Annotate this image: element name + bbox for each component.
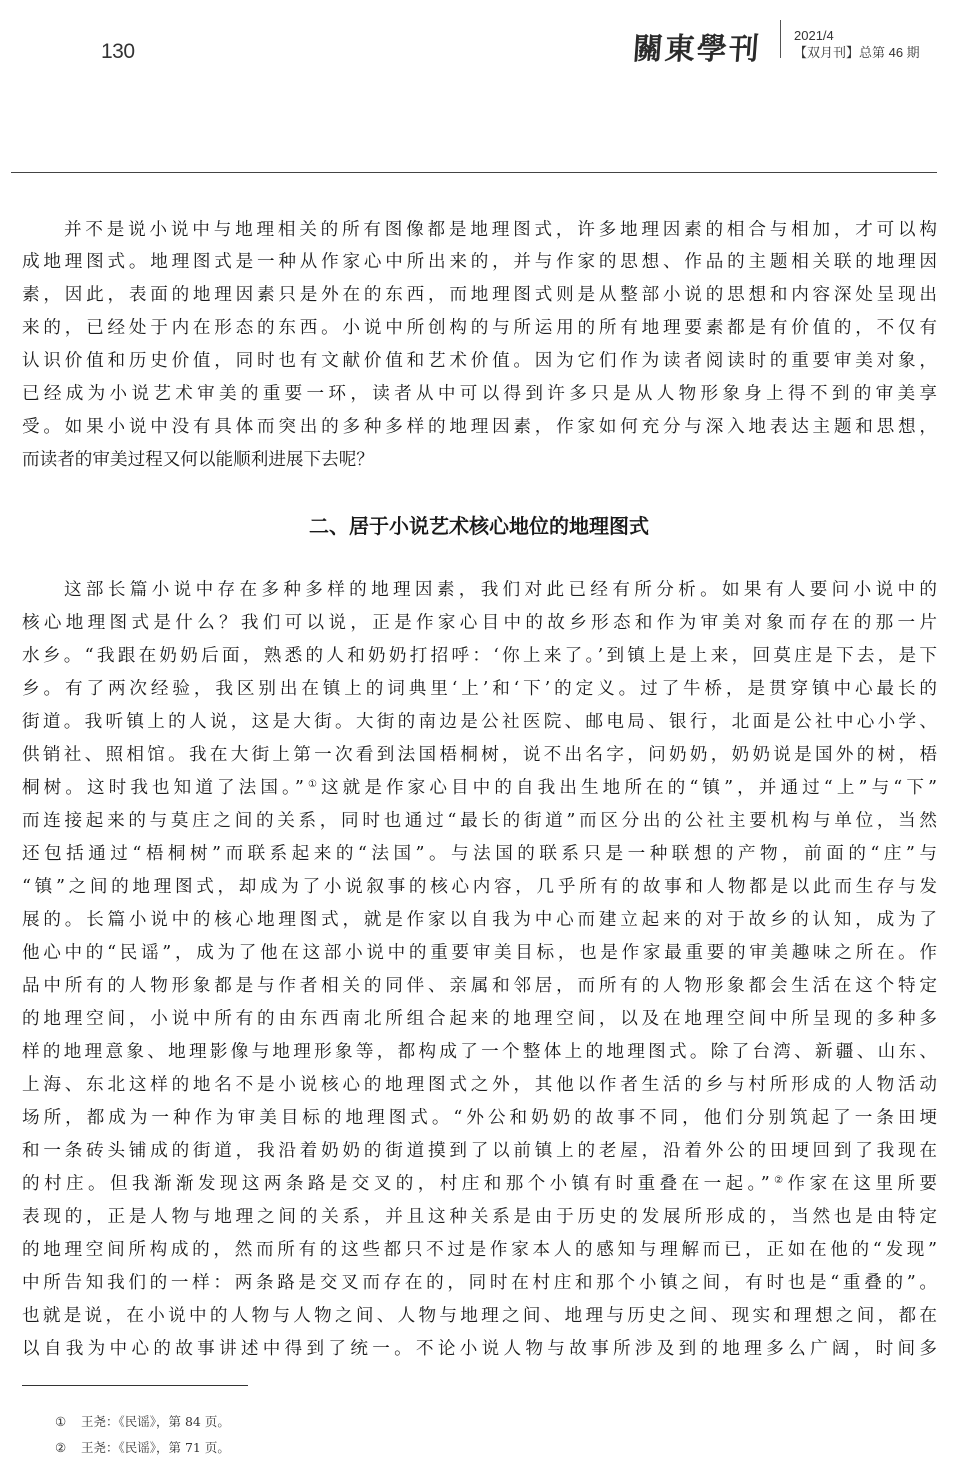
issue-number: 【双月刊】总第 46 期 <box>794 44 920 61</box>
footnote-2: ②王尧：《民谣》，第 71 页。 <box>55 1438 230 1456</box>
section-heading: 二、居于小说艺术核心地位的地理图式 <box>0 510 958 539</box>
text-line: 的地理空间，小说中所有的由东西南北所组合起来的地理空间，以及在地理空间中所呈现的… <box>22 1007 937 1031</box>
text-line: 的地理空间所构成的，然而所有的这些都只不过是作家本人的感知与理解而已，正如在他的… <box>22 1238 937 1262</box>
text-line: 素，因此，表面的地理因素只是外在的东西，而地理图式则是从整部小说的思想和内容深处… <box>22 283 937 307</box>
text-line: 这部长篇小说中存在多种多样的地理因素，我们对此已经有所分析。如果有人要问小说中的 <box>64 578 937 602</box>
text-line: 而连接起来的与莫庄之间的关系，同时也通过“最长的街道”而区分出的公社主要机构与单… <box>22 809 937 833</box>
text-segment: 的村庄。但我渐渐发现这两条路是交叉的，村庄和那个小镇有时重叠在一起。” <box>22 1174 770 1194</box>
text-line: “镇”之间的地理图式，却成为了小说叙事的核心内容，几乎所有的故事和人物都是以此而… <box>22 875 937 899</box>
text-line: 而读者的审美过程又何以能顺利进展下去呢？ <box>22 448 937 472</box>
text-line-with-note: 桐树。这时我也知道了法国。”①这就是作家心目中的自我出生地所在的“镇”，并通过“… <box>22 776 937 800</box>
footnote-mark: ① <box>55 1414 81 1429</box>
footnote-1: ①王尧：《民谣》，第 84 页。 <box>55 1412 230 1430</box>
journal-logo: 關東學刊 <box>631 24 762 68</box>
text-line: 街道。我听镇上的人说，这是大街。大街的南边是公社医院、邮电局、银行，北面是公社中… <box>22 710 937 734</box>
footnote-ref-2[interactable]: ② <box>770 1175 788 1186</box>
text-segment: 桐树。这时我也知道了法国。” <box>22 778 304 798</box>
text-line: 供销社、照相馆。我在大街上第一次看到法国梧桐树，说不出名字，问奶奶，奶奶说是国外… <box>22 743 937 767</box>
text-line: 核心地理图式是什么？我们可以说，正是作家心目中的故乡形态和作为审美对象而存在的那… <box>22 611 937 635</box>
text-line: 受。如果小说中没有具体而突出的多种多样的地理因素，作家如何充分与深入地表达主题和… <box>22 415 937 439</box>
text-line: 表现的，正是人物与地理之间的关系，并且这种关系是由于历史的发展所形成的，当然也是… <box>22 1205 937 1229</box>
text-line: 已经成为小说艺术审美的重要一环，读者从中可以得到许多只是从人物形象身上得不到的审… <box>22 382 937 406</box>
text-line: 和一条砖头铺成的街道，我沿着奶奶的街道摸到了以前镇上的老屋，沿着外公的田埂回到了… <box>22 1139 937 1163</box>
text-line: 展的。长篇小说中的核心地理图式，就是作家以自我为中心而建立起来的对于故乡的认知，… <box>22 908 937 932</box>
footnote-mark: ② <box>55 1440 81 1455</box>
text-line: 认识价值和历史价值，同时也有文献价值和艺术价值。因为它们作为读者阅读时的重要审美… <box>22 349 937 373</box>
footnote-text: 王尧：《民谣》，第 84 页。 <box>81 1414 230 1429</box>
text-line: 他心中的“民谣”，成为了他在这部小说中的重要审美目标，也是作家最重要的审美趣味之… <box>22 941 937 965</box>
header-divider <box>780 20 781 58</box>
text-line: 成地理图式。地理图式是一种从作家心中所出来的，并与作家的思想、作品的主题相关联的… <box>22 250 937 274</box>
text-segment: 作家在这里所要 <box>787 1174 937 1194</box>
text-line-with-note: 的村庄。但我渐渐发现这两条路是交叉的，村庄和那个小镇有时重叠在一起。”②作家在这… <box>22 1172 937 1196</box>
text-line: 品中所有的人物形象都是与作者相关的同伴、亲属和邻居，而所有的人物形象都会生活在这… <box>22 974 937 998</box>
text-line: 并不是说小说中与地理相关的所有图像都是地理图式，许多地理因素的相合与相加，才可以… <box>64 218 937 242</box>
text-segment: 这就是作家心目中的自我出生地所在的“镇”，并通过“上”与“下” <box>321 778 937 798</box>
footnote-text: 王尧：《民谣》，第 71 页。 <box>81 1440 230 1455</box>
text-line: 中所告知我们的一样：两条路是交叉而存在的，同时在村庄和那个小镇之间，有时也是“重… <box>22 1271 937 1295</box>
issue-date: 2021/4 <box>794 27 920 44</box>
text-line: 以自我为中心的故事讲述中得到了统一。不论小说人物与故事所涉及到的地理多么广阔，时… <box>22 1337 937 1361</box>
footnote-rule <box>22 1385 248 1386</box>
text-line: 上海、东北这样的地名不是小说核心的地理图式之外，其他以作者生活的乡与村所形成的人… <box>22 1073 937 1097</box>
text-line: 还包括通过“梧桐树”而联系起来的“法国”。与法国的联系只是一种联想的产物，前面的… <box>22 842 937 866</box>
text-line: 场所，都成为一种作为审美目标的地理图式。“外公和奶奶的故事不同，他们分别筑起了一… <box>22 1106 937 1130</box>
text-line: 也就是说，在小说中的人物与人物之间、人物与地理之间、地理与历史之间、现实和理想之… <box>22 1304 937 1328</box>
text-line: 乡。有了两次经验，我区别出在镇上的词典里‘上’和‘下’的定义。过了牛桥，是贯穿镇… <box>22 677 937 701</box>
header-rule <box>11 172 937 173</box>
issue-info: 2021/4 【双月刊】总第 46 期 <box>794 27 920 61</box>
page-number: 130 <box>101 40 135 64</box>
text-line: 样的地理意象、地理影像与地理形象等，都构成了一个整体上的地理图式。除了台湾、新疆… <box>22 1040 937 1064</box>
footnote-ref-1[interactable]: ① <box>304 779 321 790</box>
text-line: 来的，已经处于内在形态的东西。小说中所创构的与所运用的所有地理要素都是有价值的，… <box>22 316 937 340</box>
text-line: 水乡。“我跟在奶奶后面，熟悉的人和奶奶打招呼：‘你上来了。’到镇上是上来，回莫庄… <box>22 644 937 668</box>
